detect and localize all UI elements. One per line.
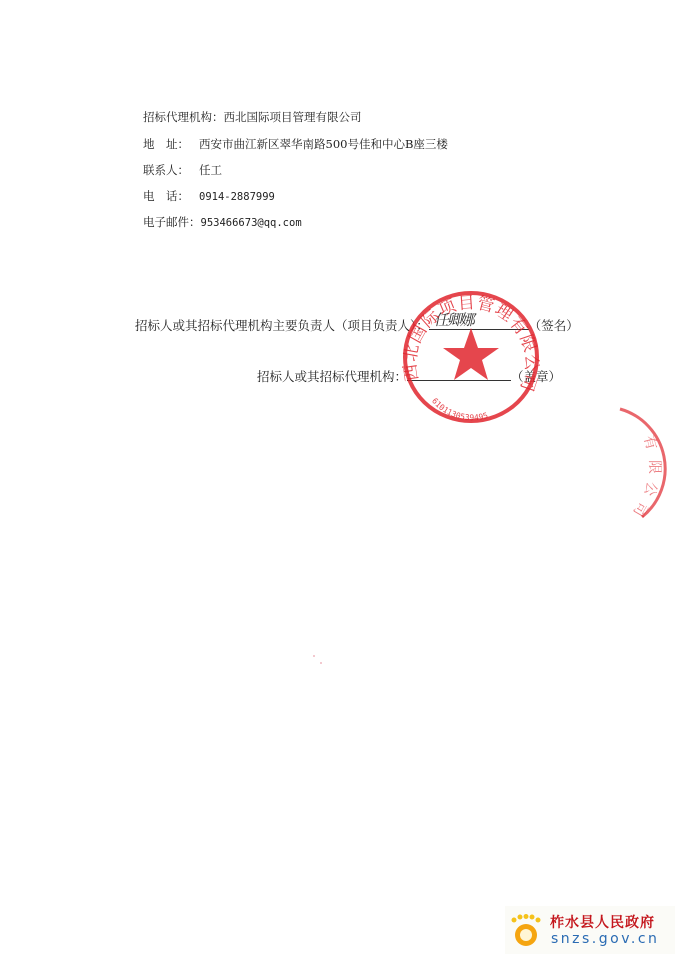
seal-code-text: 6101130539495 [430, 396, 489, 422]
scan-speck [313, 655, 315, 657]
agency-label: 招标代理机构： [143, 110, 224, 124]
svg-text:司: 司 [630, 499, 651, 519]
email-line: 电子邮件：953466673@qq.com [143, 215, 302, 230]
site-domain: snzs.gov.cn [551, 931, 659, 947]
address-value: 西安市曲江新区翠华南路500号佳和中心B座三楼 [199, 137, 448, 151]
sun-logo-icon [509, 914, 543, 948]
contact-person-value: 任工 [199, 163, 222, 177]
agency-line: 招标代理机构：西北国际项目管理有限公司 [143, 110, 362, 124]
contact-person-label: 联系人： [143, 163, 189, 177]
phone-label: 电话： [143, 189, 189, 203]
scan-speck [320, 662, 322, 664]
contact-person-line: 联系人： 任工 [143, 163, 222, 177]
partial-seal-icon: 有 限 公 司 [600, 405, 680, 525]
principal-label: 招标人或其招标代理机构主要负责人（项目负责人）： [135, 318, 429, 333]
svg-text:有: 有 [640, 434, 659, 452]
company-seal-icon: 西北国际项目管理有限公司 6101130539495 [398, 288, 543, 426]
email-label: 电子邮件： [143, 215, 201, 229]
seal-star-icon [443, 328, 499, 380]
site-watermark: 柞水县人民政府 snzs.gov.cn [505, 906, 675, 954]
phone-value: 0914-2887999 [199, 190, 275, 204]
address-label: 地址： [143, 137, 189, 151]
svg-text:限: 限 [646, 460, 662, 474]
svg-text:公: 公 [641, 480, 660, 498]
phone-line: 电话： 0914-2887999 [143, 189, 275, 204]
site-name: 柞水县人民政府 [550, 912, 655, 932]
agency-seal-label: 招标人或其招标代理机构： [257, 369, 407, 384]
address-line: 地址： 西安市曲江新区翠华南路500号佳和中心B座三楼 [143, 137, 448, 151]
agency-value: 西北国际项目管理有限公司 [224, 110, 362, 124]
email-value: 953466673@qq.com [201, 216, 302, 230]
